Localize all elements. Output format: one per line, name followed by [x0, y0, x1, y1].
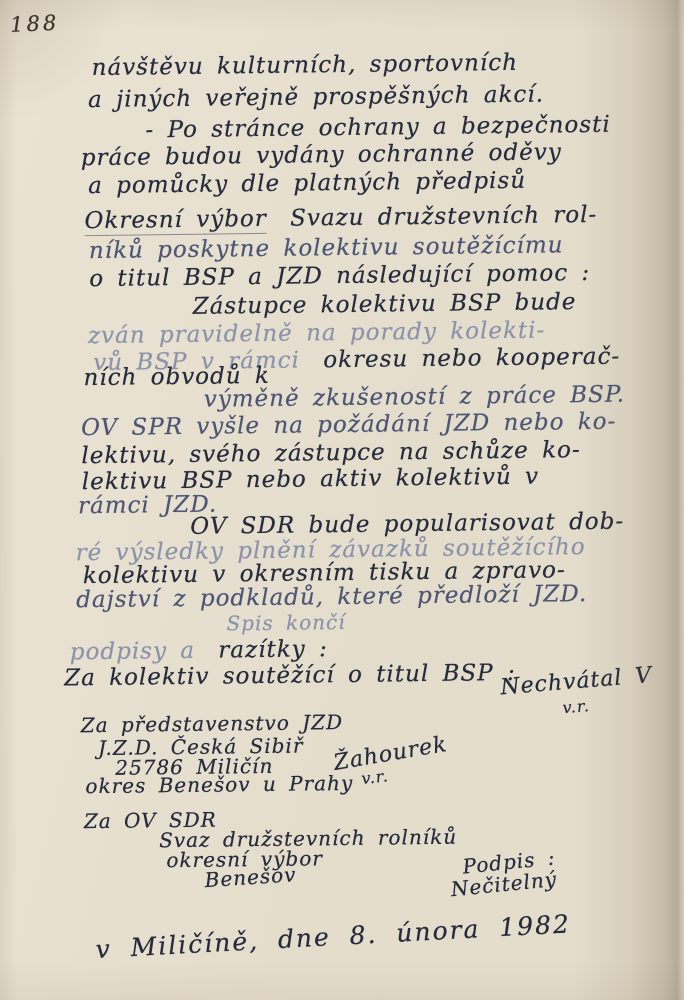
handwritten-line: výměně zkušeností z práce BSP. — [204, 382, 626, 413]
vr-note: v.r. — [360, 766, 389, 788]
handwritten-line: Za představenstvo JZD — [81, 710, 344, 737]
line-text-dark: razítky : — [218, 636, 328, 663]
handwritten-content: 188 návštěvu kulturních, sportovních a j… — [0, 0, 684, 1000]
handwritten-line: a jiných veřejně prospěšných akcí. — [88, 82, 544, 114]
page-number: 188 — [10, 11, 60, 37]
handwritten-line: dajství z podkladů, které předloží JZD. — [76, 581, 587, 613]
handwritten-line: Benešov — [204, 862, 297, 892]
handwritten-line: níků poskytne kolektivu soutěžícímu — [89, 232, 564, 264]
line-text-dark: okresu nebo kooperač- — [323, 344, 620, 374]
underlined-phrase: Okresní výbor — [84, 206, 267, 236]
vr-note: v.r. — [562, 696, 591, 717]
handwritten-line: Okresní výbor Svazu družstevních rol- — [84, 202, 597, 234]
handwritten-line: lektivu BSP nebo aktiv kolektivů v — [82, 464, 540, 496]
handwritten-line: návštěvu kulturních, sportovních — [92, 50, 519, 81]
handwritten-line: práce budou vydány ochranné oděvy — [81, 139, 562, 171]
line-text: Svazu družstevních rol- — [290, 202, 597, 232]
handwritten-line: podpisy a razítky : — [70, 636, 328, 665]
handwritten-line: Zástupce kolektivu BSP bude — [192, 289, 576, 320]
scanned-page: 188 návštěvu kulturních, sportovních a j… — [0, 0, 684, 1000]
signature-zahourek: Žahourek — [332, 732, 449, 776]
handwritten-line: a pomůcky dle platných předpisů — [88, 168, 526, 199]
line-text-faint: podpisy a — [70, 638, 196, 666]
handwritten-line: Za kolektiv soutěžící o titul BSP : — [64, 660, 516, 692]
handwritten-line: Spis končí — [226, 610, 345, 635]
handwritten-line: OV SPR vyšle na požádání JZD nebo ko- — [81, 409, 617, 442]
signature-nechvatal: Nechvátal V — [499, 663, 653, 700]
date-line: v Miličíně, dne 8. února 1982 — [95, 909, 572, 964]
handwritten-line: o titul BSP a JZD následující pomoc : — [89, 260, 590, 292]
handwritten-line: okres Benešov u Prahy — [85, 771, 353, 798]
